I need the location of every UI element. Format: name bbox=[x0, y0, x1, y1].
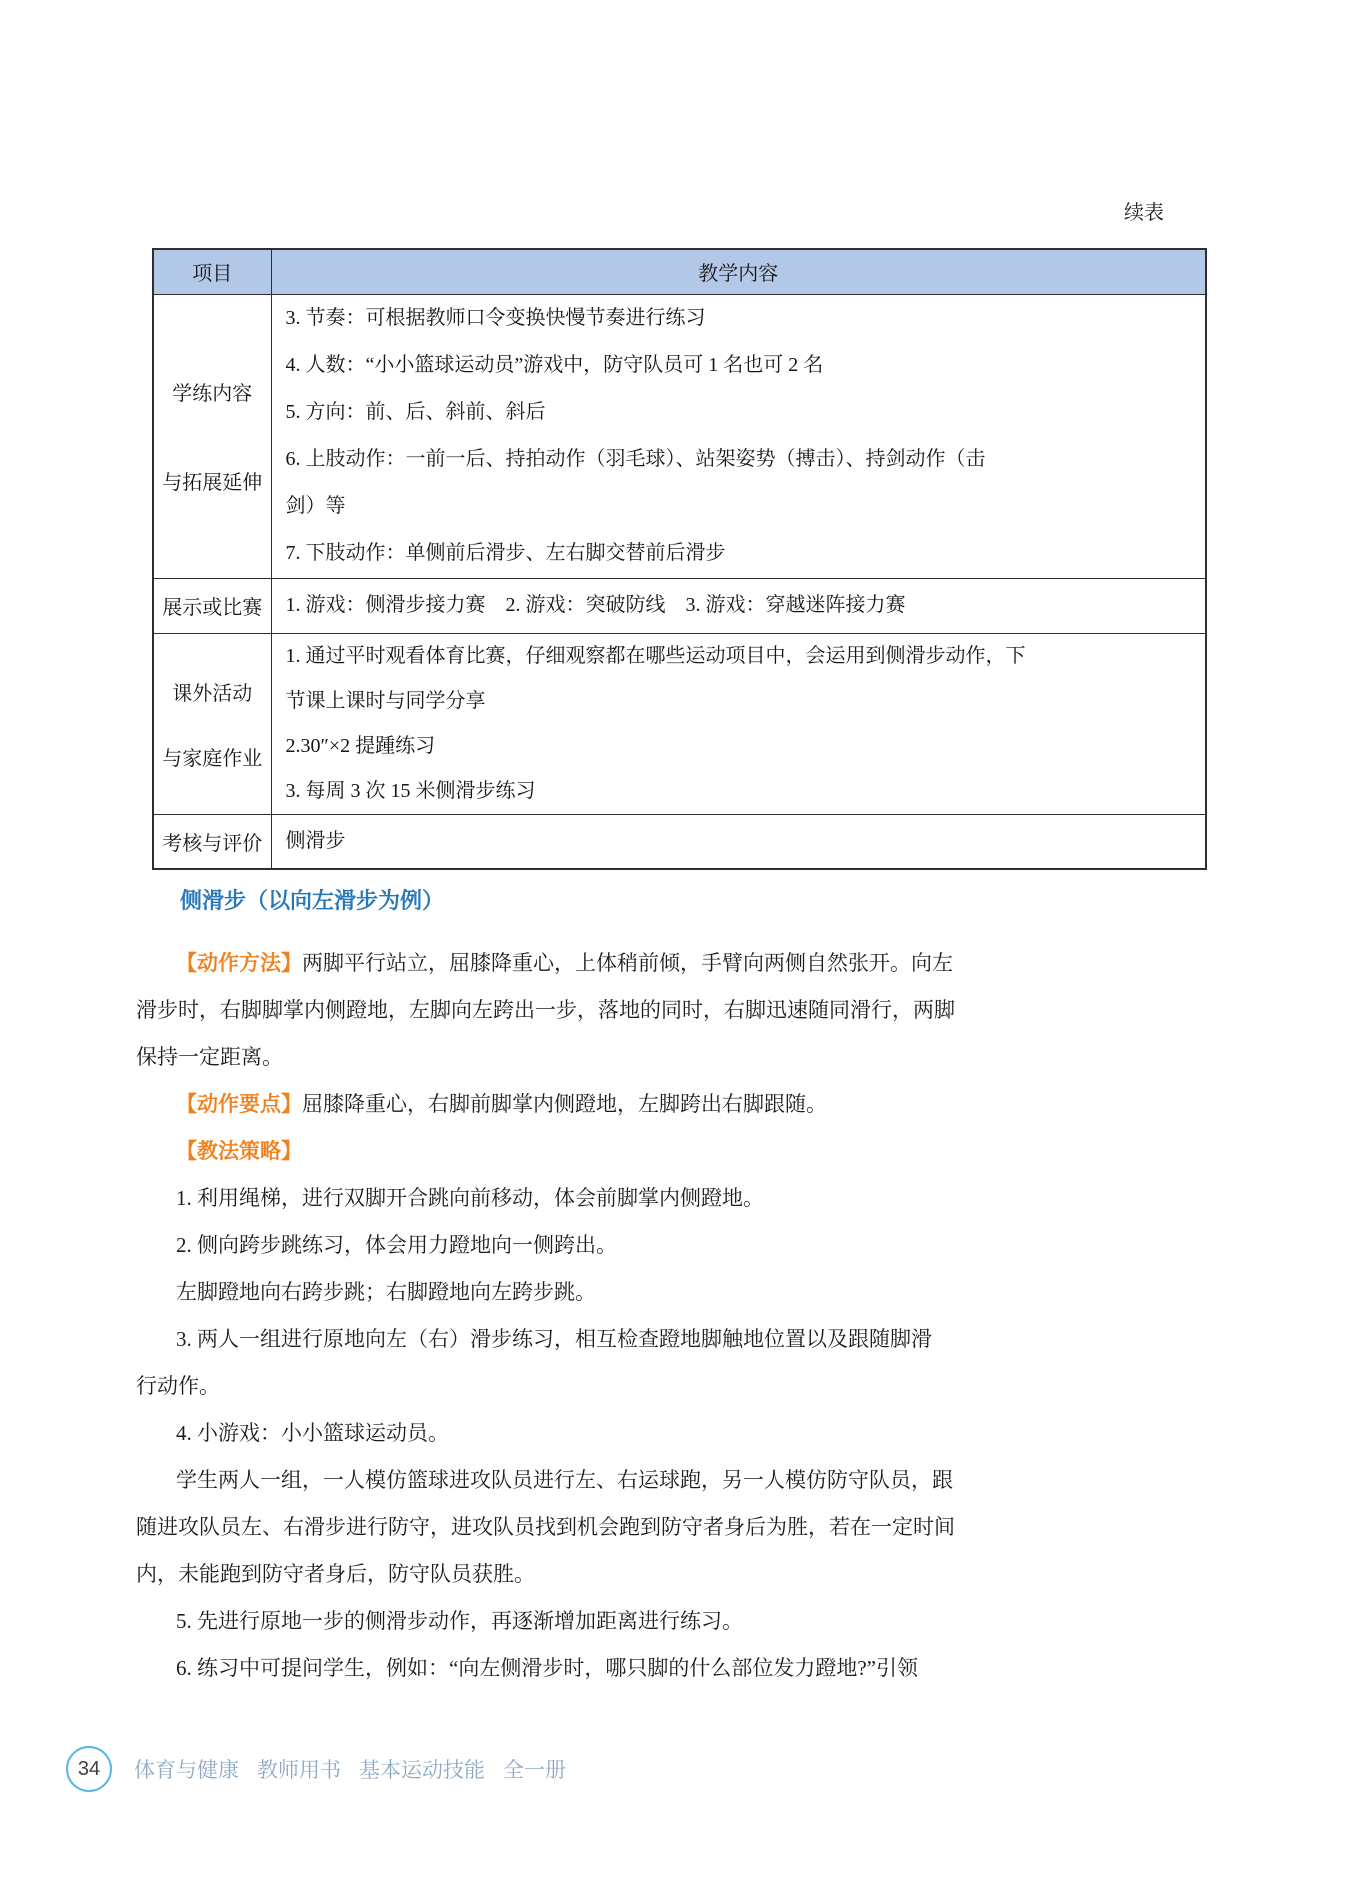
method-label: 【动作方法】 bbox=[176, 952, 302, 975]
content-line: 5. 方向：前、后、斜前、斜后 bbox=[286, 389, 1192, 436]
row-label-cell: 课外活动 与家庭作业 bbox=[153, 633, 271, 814]
body-line: 2. 侧向跨步跳练习，体会用力蹬地向一侧跨出。 bbox=[136, 1222, 1224, 1269]
footer-item: 全一册 bbox=[503, 1754, 566, 1784]
body-line-text: 2. 侧向跨步跳练习，体会用力蹬地向一侧跨出。 bbox=[176, 1233, 617, 1257]
body-line-text: 学生两人一组，一人模仿篮球进攻队员进行左、右运球跑，另一人模仿防守队员，跟 bbox=[176, 1468, 953, 1492]
body-line-text: 滑步时，右脚脚掌内侧蹬地，左脚向左跨出一步，落地的同时，右脚迅速随同滑行，两脚 bbox=[136, 998, 955, 1022]
key-points-label: 【动作要点】 bbox=[176, 1093, 302, 1116]
page-footer: 34 体育与健康 教师用书 基本运动技能 全一册 bbox=[66, 1746, 566, 1792]
body-line-text: 行动作。 bbox=[136, 1374, 220, 1398]
row-label-line: 与家庭作业 bbox=[162, 742, 262, 771]
body-line: 3. 两人一组进行原地向左（右）滑步练习，相互检查蹬地脚触地位置以及跟随脚滑 bbox=[136, 1316, 1224, 1363]
teaching-strategy-label: 【教法策略】 bbox=[176, 1140, 302, 1163]
body-line: 保持一定距离。 bbox=[136, 1034, 1224, 1081]
table-header-item: 项目 bbox=[153, 249, 271, 294]
body-line: 行动作。 bbox=[136, 1363, 1224, 1410]
body-line: 【动作要点】屈膝降重心，右脚前脚掌内侧蹬地，左脚跨出右脚跟随。 bbox=[136, 1081, 1224, 1128]
book-page: 续表 项目 教学内容 学练内容 与拓展延伸 3. 节奏：可根据教师口令变换快慢节… bbox=[0, 0, 1359, 1891]
content-line: 6. 上肢动作：一前一后、持拍动作（羽毛球）、站架姿势（搏击）、持剑动作（击 bbox=[286, 436, 1192, 483]
body-line-text: 内，未能跑到防守者身后，防守队员获胜。 bbox=[136, 1562, 535, 1586]
body-line-text: 左脚蹬地向右跨步跳；右脚蹬地向左跨步跳。 bbox=[176, 1280, 596, 1304]
table-row: 课外活动 与家庭作业 1. 通过平时观看体育比赛，仔细观察都在哪些运动项目中，会… bbox=[153, 633, 1206, 814]
footer-item: 基本运动技能 bbox=[359, 1754, 485, 1784]
body-line: 学生两人一组，一人模仿篮球进攻队员进行左、右运球跑，另一人模仿防守队员，跟 bbox=[136, 1457, 1224, 1504]
table-row: 展示或比赛 1. 游戏：侧滑步接力赛 2. 游戏：突破防线 3. 游戏：穿越迷阵… bbox=[153, 578, 1206, 633]
page-number: 34 bbox=[78, 1758, 100, 1781]
continued-table-label: 续表 bbox=[1124, 196, 1164, 225]
row-content-cell: 侧滑步 bbox=[271, 814, 1206, 869]
row-label-line: 学练内容 bbox=[172, 377, 252, 406]
row-label-line: 课外活动 bbox=[172, 677, 252, 706]
footer-item: 体育与健康 bbox=[134, 1754, 239, 1784]
footer-item: 教师用书 bbox=[257, 1754, 341, 1784]
body-line: 滑步时，右脚脚掌内侧蹬地，左脚向左跨出一步，落地的同时，右脚迅速随同滑行，两脚 bbox=[136, 987, 1224, 1034]
teaching-content-table: 项目 教学内容 学练内容 与拓展延伸 3. 节奏：可根据教师口令变换快慢节奏进行… bbox=[152, 248, 1207, 870]
body-line-text: 6. 练习中可提问学生，例如：“向左侧滑步时，哪只脚的什么部位发力蹬地?”引领 bbox=[176, 1656, 918, 1680]
body-line: 【动作方法】两脚平行站立，屈膝降重心，上体稍前倾，手臂向两侧自然张开。向左 bbox=[136, 940, 1224, 987]
content-line: 7. 下肢动作：单侧前后滑步、左右脚交替前后滑步 bbox=[286, 530, 1192, 577]
body-line-text: 随进攻队员左、右滑步进行防守，进攻队员找到机会跑到防守者身后为胜，若在一定时间 bbox=[136, 1515, 955, 1539]
body-line: 6. 练习中可提问学生，例如：“向左侧滑步时，哪只脚的什么部位发力蹬地?”引领 bbox=[136, 1645, 1224, 1692]
row-label-line: 与拓展延伸 bbox=[162, 466, 262, 495]
body-line-text: 3. 两人一组进行原地向左（右）滑步练习，相互检查蹬地脚触地位置以及跟随脚滑 bbox=[176, 1327, 932, 1351]
row-content-cell: 1. 游戏：侧滑步接力赛 2. 游戏：突破防线 3. 游戏：穿越迷阵接力赛 bbox=[271, 578, 1206, 633]
body-line: 随进攻队员左、右滑步进行防守，进攻队员找到机会跑到防守者身后为胜，若在一定时间 bbox=[136, 1504, 1224, 1551]
content-line: 3. 每周 3 次 15 米侧滑步练习 bbox=[286, 769, 1192, 814]
body-line-text: 5. 先进行原地一步的侧滑步动作，再逐渐增加距离进行练习。 bbox=[176, 1609, 743, 1633]
footer-book-title: 体育与健康 教师用书 基本运动技能 全一册 bbox=[134, 1754, 566, 1784]
content-line: 侧滑步 bbox=[286, 818, 1192, 865]
page-number-badge: 34 bbox=[66, 1746, 112, 1792]
body-line: 4. 小游戏：小小篮球运动员。 bbox=[136, 1410, 1224, 1457]
section-heading: 侧滑步（以向左滑步为例） bbox=[180, 886, 1224, 916]
content-line: 1. 游戏：侧滑步接力赛 2. 游戏：突破防线 3. 游戏：穿越迷阵接力赛 bbox=[286, 582, 1192, 629]
body-line: 内，未能跑到防守者身后，防守队员获胜。 bbox=[136, 1551, 1224, 1598]
table-row: 学练内容 与拓展延伸 3. 节奏：可根据教师口令变换快慢节奏进行练习 4. 人数… bbox=[153, 294, 1206, 578]
row-label-cell: 展示或比赛 bbox=[153, 578, 271, 633]
body-line-text: 屈膝降重心，右脚前脚掌内侧蹬地，左脚跨出右脚跟随。 bbox=[302, 1092, 827, 1116]
content-line: 2.30″×2 提踵练习 bbox=[286, 724, 1192, 769]
row-label-line: 展示或比赛 bbox=[155, 591, 270, 620]
body-line: 1. 利用绳梯，进行双脚开合跳向前移动，体会前脚掌内侧蹬地。 bbox=[136, 1175, 1224, 1222]
content-line: 3. 节奏：可根据教师口令变换快慢节奏进行练习 bbox=[286, 295, 1192, 342]
row-content-cell: 3. 节奏：可根据教师口令变换快慢节奏进行练习 4. 人数：“小小篮球运动员”游… bbox=[271, 294, 1206, 578]
content-line: 4. 人数：“小小篮球运动员”游戏中，防守队员可 1 名也可 2 名 bbox=[286, 342, 1192, 389]
body-line: 左脚蹬地向右跨步跳；右脚蹬地向左跨步跳。 bbox=[136, 1269, 1224, 1316]
body-line-text: 1. 利用绳梯，进行双脚开合跳向前移动，体会前脚掌内侧蹬地。 bbox=[176, 1186, 764, 1210]
body-line-text: 两脚平行站立，屈膝降重心，上体稍前倾，手臂向两侧自然张开。向左 bbox=[302, 951, 953, 975]
row-content-cell: 1. 通过平时观看体育比赛，仔细观察都在哪些运动项目中，会运用到侧滑步动作，下 … bbox=[271, 633, 1206, 814]
row-label-cell: 考核与评价 bbox=[153, 814, 271, 869]
row-label-line: 考核与评价 bbox=[155, 827, 270, 856]
table-header-row: 项目 教学内容 bbox=[153, 249, 1206, 294]
body-line-text: 4. 小游戏：小小篮球运动员。 bbox=[176, 1421, 449, 1445]
body-line-text: 保持一定距离。 bbox=[136, 1045, 283, 1069]
section-body: 【动作方法】两脚平行站立，屈膝降重心，上体稍前倾，手臂向两侧自然张开。向左 滑步… bbox=[136, 940, 1224, 1692]
content-line: 1. 通过平时观看体育比赛，仔细观察都在哪些运动项目中，会运用到侧滑步动作，下 bbox=[286, 634, 1192, 679]
content-line: 节课上课时与同学分享 bbox=[286, 679, 1192, 724]
row-label-cell: 学练内容 与拓展延伸 bbox=[153, 294, 271, 578]
table-header-teaching-content: 教学内容 bbox=[271, 249, 1206, 294]
body-line: 【教法策略】 bbox=[136, 1128, 1224, 1175]
body-line: 5. 先进行原地一步的侧滑步动作，再逐渐增加距离进行练习。 bbox=[136, 1598, 1224, 1645]
section-side-slide-step: 侧滑步（以向左滑步为例） 【动作方法】两脚平行站立，屈膝降重心，上体稍前倾，手臂… bbox=[136, 886, 1224, 1692]
table-row: 考核与评价 侧滑步 bbox=[153, 814, 1206, 869]
content-line: 剑）等 bbox=[286, 483, 1192, 530]
